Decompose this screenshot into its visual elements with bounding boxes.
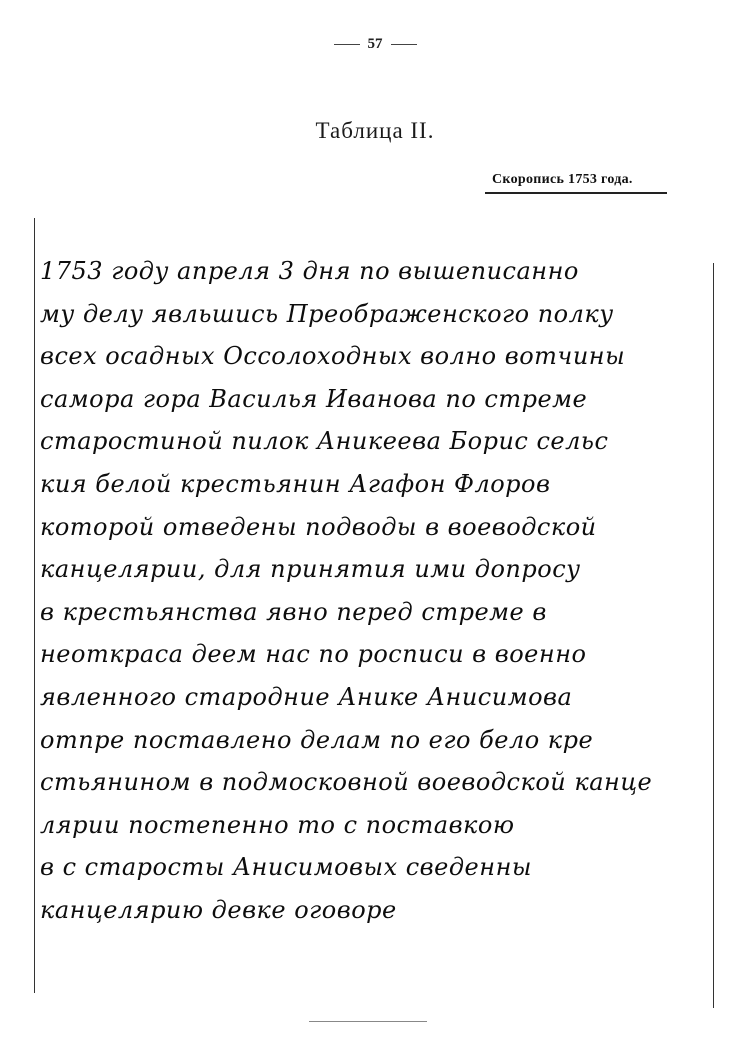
table-subtitle: Скоропись 1753 года. [492,172,633,188]
manuscript-line: всех осадных Оссолоходных волно вотчины [40,335,708,378]
manuscript-line: самора гора Василья Иванова по стреме [40,378,708,421]
manuscript-line: канцелярию девке оговоре [40,889,708,932]
page-number-text: 57 [368,36,383,52]
manuscript-line: старостиной пилок Аникеева Борис сельс [40,420,708,463]
page-number: 57 [0,36,750,53]
manuscript-line: в с старосты Анисимовых сведенны [40,846,708,889]
footer-rule [309,1021,427,1022]
page-number-dash-right [391,44,417,45]
subtitle-underline [485,192,667,194]
manuscript-line: в крестьянства явно перед стреме в [40,591,708,634]
page-number-dash-left [334,44,360,45]
manuscript-line: лярии постепенно то с поставкою [40,804,708,847]
frame-left-border [34,218,35,993]
manuscript-line: неоткраса деем нас по росписи в военно [40,633,708,676]
frame-right-border [713,263,714,1008]
manuscript-line: 1753 году апреля 3 дня по вышеписанно [40,250,708,293]
manuscript-text-block: 1753 году апреля 3 дня по вышеписанно му… [40,250,708,932]
manuscript-line: явленного стародние Анике Анисимова [40,676,708,719]
manuscript-line: кия белой крестьянин Агафон Флоров [40,463,708,506]
table-title: Таблица II. [0,118,750,144]
manuscript-frame: 1753 году апреля 3 дня по вышеписанно му… [34,218,714,1008]
manuscript-line: му делу явльшись Преображенского полку [40,293,708,336]
manuscript-line: стьянином в подмосковной воеводской канц… [40,761,708,804]
manuscript-line: которой отведены подводы в воеводской [40,506,708,549]
manuscript-line: канцелярии, для принятия ими допросу [40,548,708,591]
manuscript-line: отпре поставлено делам по его бело кре [40,719,708,762]
